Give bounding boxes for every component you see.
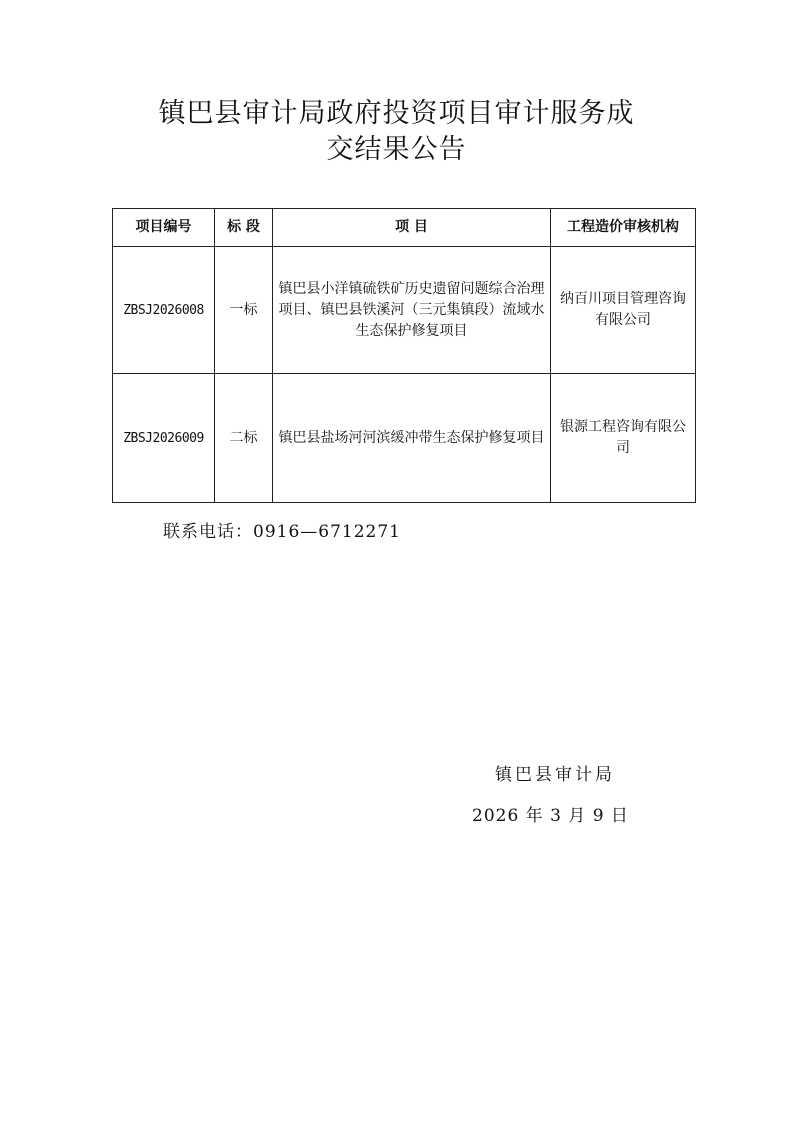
table-row: ZBSJ2026009 二标 镇巴县盐场河河滨缓冲带生态保护修复项目 银源工程咨… — [113, 374, 696, 503]
cell-agency: 纳百川项目管理咨询有限公司 — [551, 247, 696, 374]
cell-section: 二标 — [215, 374, 273, 503]
cell-project-code: ZBSJ2026008 — [113, 247, 215, 374]
cell-project: 镇巴县盐场河河滨缓冲带生态保护修复项目 — [273, 374, 551, 503]
cell-project-code: ZBSJ2026009 — [113, 374, 215, 503]
header-section: 标 段 — [215, 209, 273, 247]
table-header-row: 项目编号 标 段 项 目 工程造价审核机构 — [113, 209, 696, 247]
document-title-line-1: 镇巴县审计局政府投资项目审计服务成 — [0, 96, 793, 132]
issuer-signature: 镇巴县审计局 — [495, 760, 615, 785]
document-title-line-2: 交结果公告 — [0, 132, 793, 168]
issue-date: 2026 年 3 月 9 日 — [472, 801, 629, 826]
cell-agency: 银源工程咨询有限公司 — [551, 374, 696, 503]
cell-project: 镇巴县小洋镇硫铁矿历史遗留问题综合治理项目、镇巴县铁溪河（三元集镇段）流域水生态… — [273, 247, 551, 374]
results-table: 项目编号 标 段 项 目 工程造价审核机构 ZBSJ2026008 一标 镇巴县… — [112, 208, 696, 503]
header-project-code: 项目编号 — [113, 209, 215, 247]
header-agency: 工程造价审核机构 — [551, 209, 696, 247]
table-row: ZBSJ2026008 一标 镇巴县小洋镇硫铁矿历史遗留问题综合治理项目、镇巴县… — [113, 247, 696, 374]
header-project: 项 目 — [273, 209, 551, 247]
contact-phone: 联系电话：0916—6712271 — [163, 517, 401, 542]
cell-section: 一标 — [215, 247, 273, 374]
